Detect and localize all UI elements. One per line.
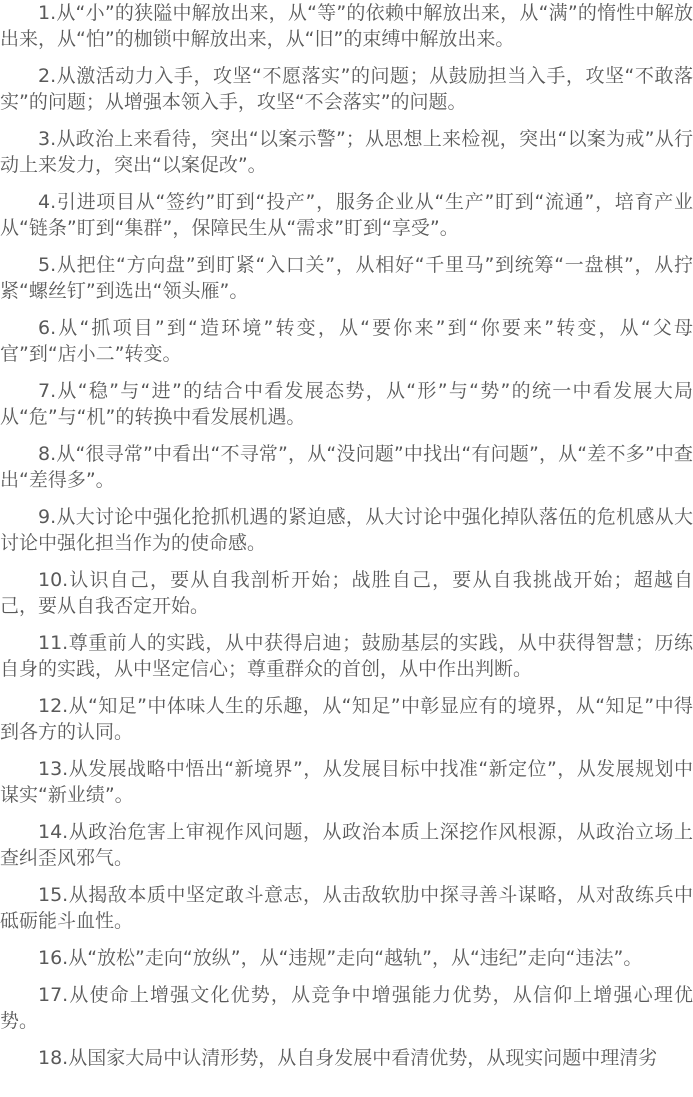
paragraph-8: 8.从“很寻常”中看出“不寻常”，从“没问题”中找出“有问题”，从“差不多”中查… [0,441,693,493]
paragraph-5: 5.从把住“方向盘”到盯紧“入口关”，从相好“千里马”到统筹“一盘棋”，从拧紧“… [0,252,693,304]
paragraph-7: 7.从“稳”与“进”的结合中看发展态势，从“形”与“势”的统一中看发展大局从“危… [0,378,693,430]
paragraph-11: 11.尊重前人的实践，从中获得启迪；鼓励基层的实践，从中获得智慧；历练自身的实践… [0,630,693,682]
paragraph-9: 9.从大讨论中强化抢抓机遇的紧迫感，从大讨论中强化掉队落伍的危机感从大讨论中强化… [0,504,693,556]
paragraph-18: 18.从国家大局中认清形势，从自身发展中看清优势，从现实问题中理清劣 [0,1045,693,1071]
paragraph-16: 16.从“放松”走向“放纵”，从“违规”走向“越轨”，从“违纪”走向“违法”。 [0,945,693,971]
paragraph-6: 6.从“抓项目”到“造环境”转变，从“要你来”到“你要来”转变，从“父母官”到“… [0,315,693,367]
paragraph-10: 10.认识自己，要从自我剖析开始；战胜自己，要从自我挑战开始；超越自己，要从自我… [0,567,693,619]
paragraph-1: 1.从“小”的狭隘中解放出来，从“等”的依赖中解放出来，从“满”的惰性中解放出来… [0,0,693,52]
paragraph-12: 12.从“知足”中体味人生的乐趣，从“知足”中彰显应有的境界，从“知足”中得到各… [0,693,693,745]
paragraph-14: 14.从政治危害上审视作风问题，从政治本质上深挖作风根源，从政治立场上查纠歪风邪… [0,819,693,871]
article-body: 1.从“小”的狭隘中解放出来，从“等”的依赖中解放出来，从“满”的惰性中解放出来… [0,0,693,1071]
paragraph-4: 4.引进项目从“签约”盯到“投产”，服务企业从“生产”盯到“流通”，培育产业从“… [0,189,693,241]
paragraph-3: 3.从政治上来看待，突出“以案示警”；从思想上来检视，突出“以案为戒”从行动上来… [0,126,693,178]
paragraph-15: 15.从揭敌本质中坚定敢斗意志，从击敌软肋中探寻善斗谋略，从对敌练兵中砥砺能斗血… [0,882,693,934]
paragraph-17: 17.从使命上增强文化优势，从竞争中增强能力优势，从信仰上增强心理优势。 [0,982,693,1034]
paragraph-13: 13.从发展战略中悟出“新境界”，从发展目标中找准“新定位”，从发展规划中谋实“… [0,756,693,808]
paragraph-2: 2.从激活动力入手，攻坚“不愿落实”的问题；从鼓励担当入手，攻坚“不敢落实”的问… [0,63,693,115]
